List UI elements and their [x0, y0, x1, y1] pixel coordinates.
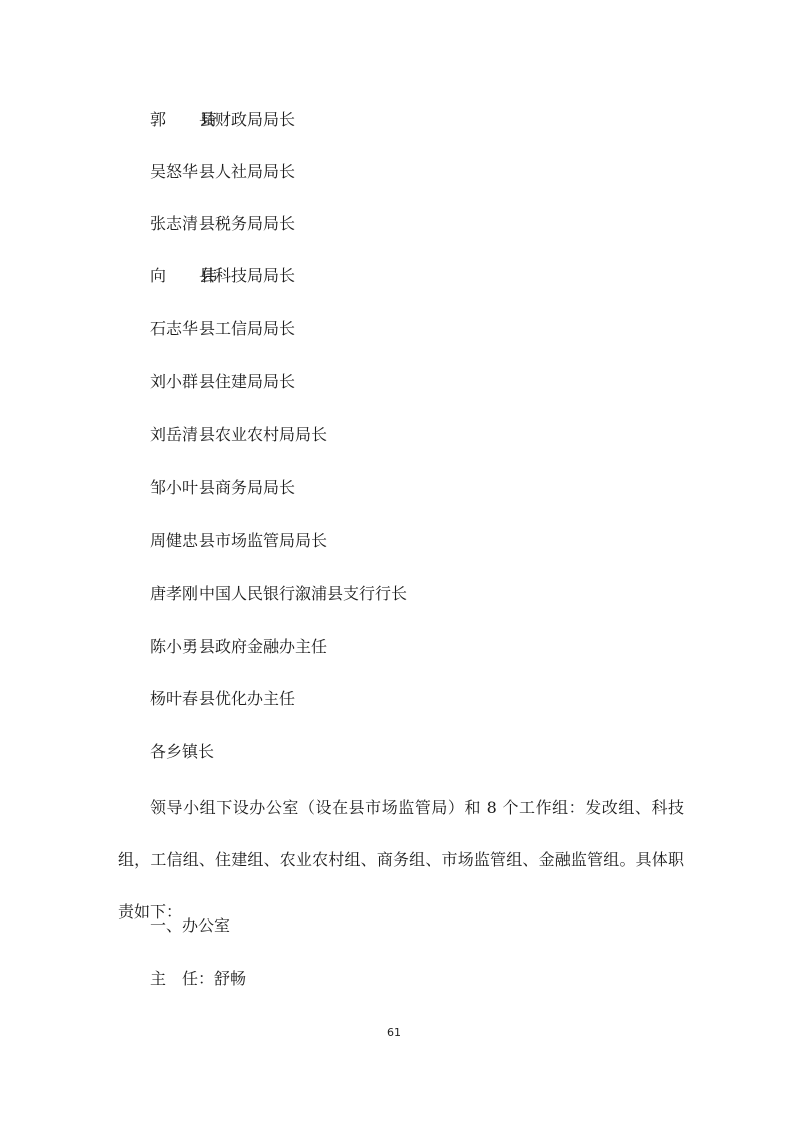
- member-name: 向 伟: [150, 266, 199, 286]
- member-name: 石志华: [150, 319, 199, 339]
- member-title: 县科技局局长: [199, 266, 295, 286]
- member-row: 向 伟县科技局局长: [150, 266, 295, 286]
- section-heading: 一、办公室: [150, 916, 230, 936]
- member-row: 张志清县税务局局长: [150, 214, 295, 234]
- member-row: 刘小群县住建局局长: [150, 372, 295, 392]
- page-number: 61: [387, 1026, 401, 1039]
- member-name: 唐孝刚: [150, 584, 199, 604]
- member-name: 杨叶春: [150, 689, 199, 709]
- member-row: 刘岳清县农业农村局局长: [150, 425, 327, 445]
- member-title: 县农业农村局局长: [199, 425, 327, 445]
- member-row: 陈小勇县政府金融办主任: [150, 637, 327, 657]
- member-name: 陈小勇: [150, 637, 199, 657]
- member-name: 郭 琦: [150, 110, 199, 130]
- member-title: 县市场监管局局长: [199, 531, 327, 551]
- member-name: 邹小叶: [150, 478, 199, 498]
- member-row: 杨叶春县优化办主任: [150, 689, 295, 709]
- member-title: 县商务局局长: [199, 478, 295, 498]
- member-name: 刘小群: [150, 372, 199, 392]
- member-row: 吴怒华县人社局局长: [150, 162, 295, 182]
- member-title: 县税务局局长: [199, 214, 295, 234]
- member-name: 张志清: [150, 214, 199, 234]
- member-title: 县住建局局长: [199, 372, 295, 392]
- member-row: 唐孝刚中国人民银行溆浦县支行行长: [150, 584, 407, 604]
- member-title: 县财政局局长: [199, 110, 295, 130]
- member-title: 县人社局局长: [199, 162, 295, 182]
- township-heads: 各乡镇长: [150, 742, 214, 762]
- director-name: 舒畅: [214, 969, 246, 988]
- member-title: 县工信局局长: [199, 319, 295, 339]
- member-row: 邹小叶县商务局局长: [150, 478, 295, 498]
- director-label: 主 任：: [150, 969, 214, 988]
- member-title: 中国人民银行溆浦县支行行长: [199, 584, 407, 604]
- document-page: 郭 琦县财政局局长 吴怒华县人社局局长 张志清县税务局局长 向 伟县科技局局长 …: [0, 0, 793, 1122]
- member-title: 县优化办主任: [199, 689, 295, 709]
- member-name: 刘岳清: [150, 425, 199, 445]
- member-row: 石志华县工信局局长: [150, 319, 295, 339]
- director-line: 主 任：舒畅: [150, 969, 246, 989]
- member-title: 县政府金融办主任: [199, 637, 327, 657]
- member-name: 吴怒华: [150, 162, 199, 182]
- body-paragraph: 领导小组下设办公室（设在县市场监管局）和 8 个工作组：发改组、科技组，工信组、…: [118, 782, 684, 938]
- member-row: 周健忠县市场监管局局长: [150, 531, 327, 551]
- member-name: 周健忠: [150, 531, 199, 551]
- member-row: 郭 琦县财政局局长: [150, 110, 295, 130]
